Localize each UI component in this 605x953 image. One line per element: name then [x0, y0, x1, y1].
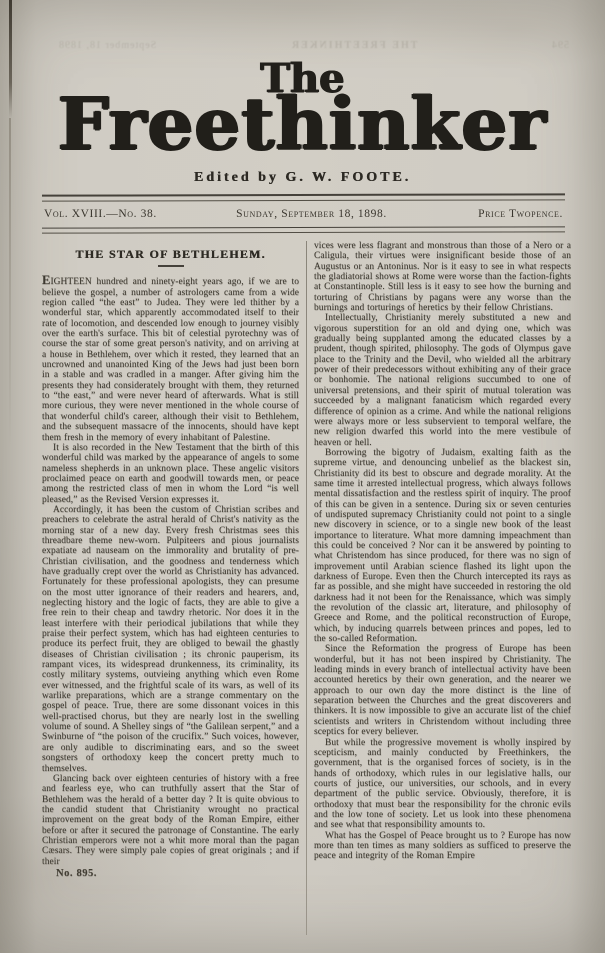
scanned-newspaper-page: 594 THE FREETHINKER September 18, 1898 T… [0, 0, 605, 953]
article-paragraph: EIGHTEEN hundred and ninety-eight years … [42, 275, 299, 443]
article-paragraph: vices were less flagrant and monstrous t… [314, 241, 571, 313]
title-divider-rule [158, 265, 184, 267]
article-paragraph: Borrowing the bigotry of Judaism, exalti… [314, 448, 571, 645]
article-paragraph: Glancing back over eighteen centuries of… [42, 774, 299, 867]
right-column: vices were less flagrant and monstrous t… [307, 239, 571, 935]
issue-date: Sunday, September 18, 1898. [236, 208, 387, 220]
editor-line: Edited by G. W. FOOTE. [0, 170, 605, 186]
article-paragraph: Intellectually, Christianity merely subs… [314, 313, 571, 447]
masthead-title: Freethinker [0, 86, 605, 162]
article-body: THE STAR OF BETHLEHEM. EIGHTEEN hundred … [42, 239, 571, 935]
left-column: THE STAR OF BETHLEHEM. EIGHTEEN hundred … [42, 239, 306, 935]
article-paragraph: But while the progressive movement is wh… [314, 738, 571, 831]
article-paragraph: Accordingly, it has been the custom of C… [42, 505, 299, 774]
masthead: The Freethinker Edited by G. W. FOOTE. [0, 0, 605, 186]
article-paragraph: What has the Gospel of Peace brought us … [314, 831, 571, 862]
issue-line-rule [42, 226, 565, 233]
masthead-rule [42, 193, 565, 201]
article-paragraph: Since the Reformation the progress of Eu… [314, 644, 571, 737]
article-title: THE STAR OF BETHLEHEM. [42, 249, 299, 259]
volume-number: Vol. XVIII.—No. 38. [44, 208, 157, 220]
article-paragraph: It is also recorded in the New Testament… [42, 443, 299, 505]
issue-line: Vol. XVIII.—No. 38. Sunday, September 18… [44, 208, 563, 220]
issue-footline: No. 895. [42, 869, 299, 879]
issue-price: Price Twopence. [478, 208, 563, 220]
